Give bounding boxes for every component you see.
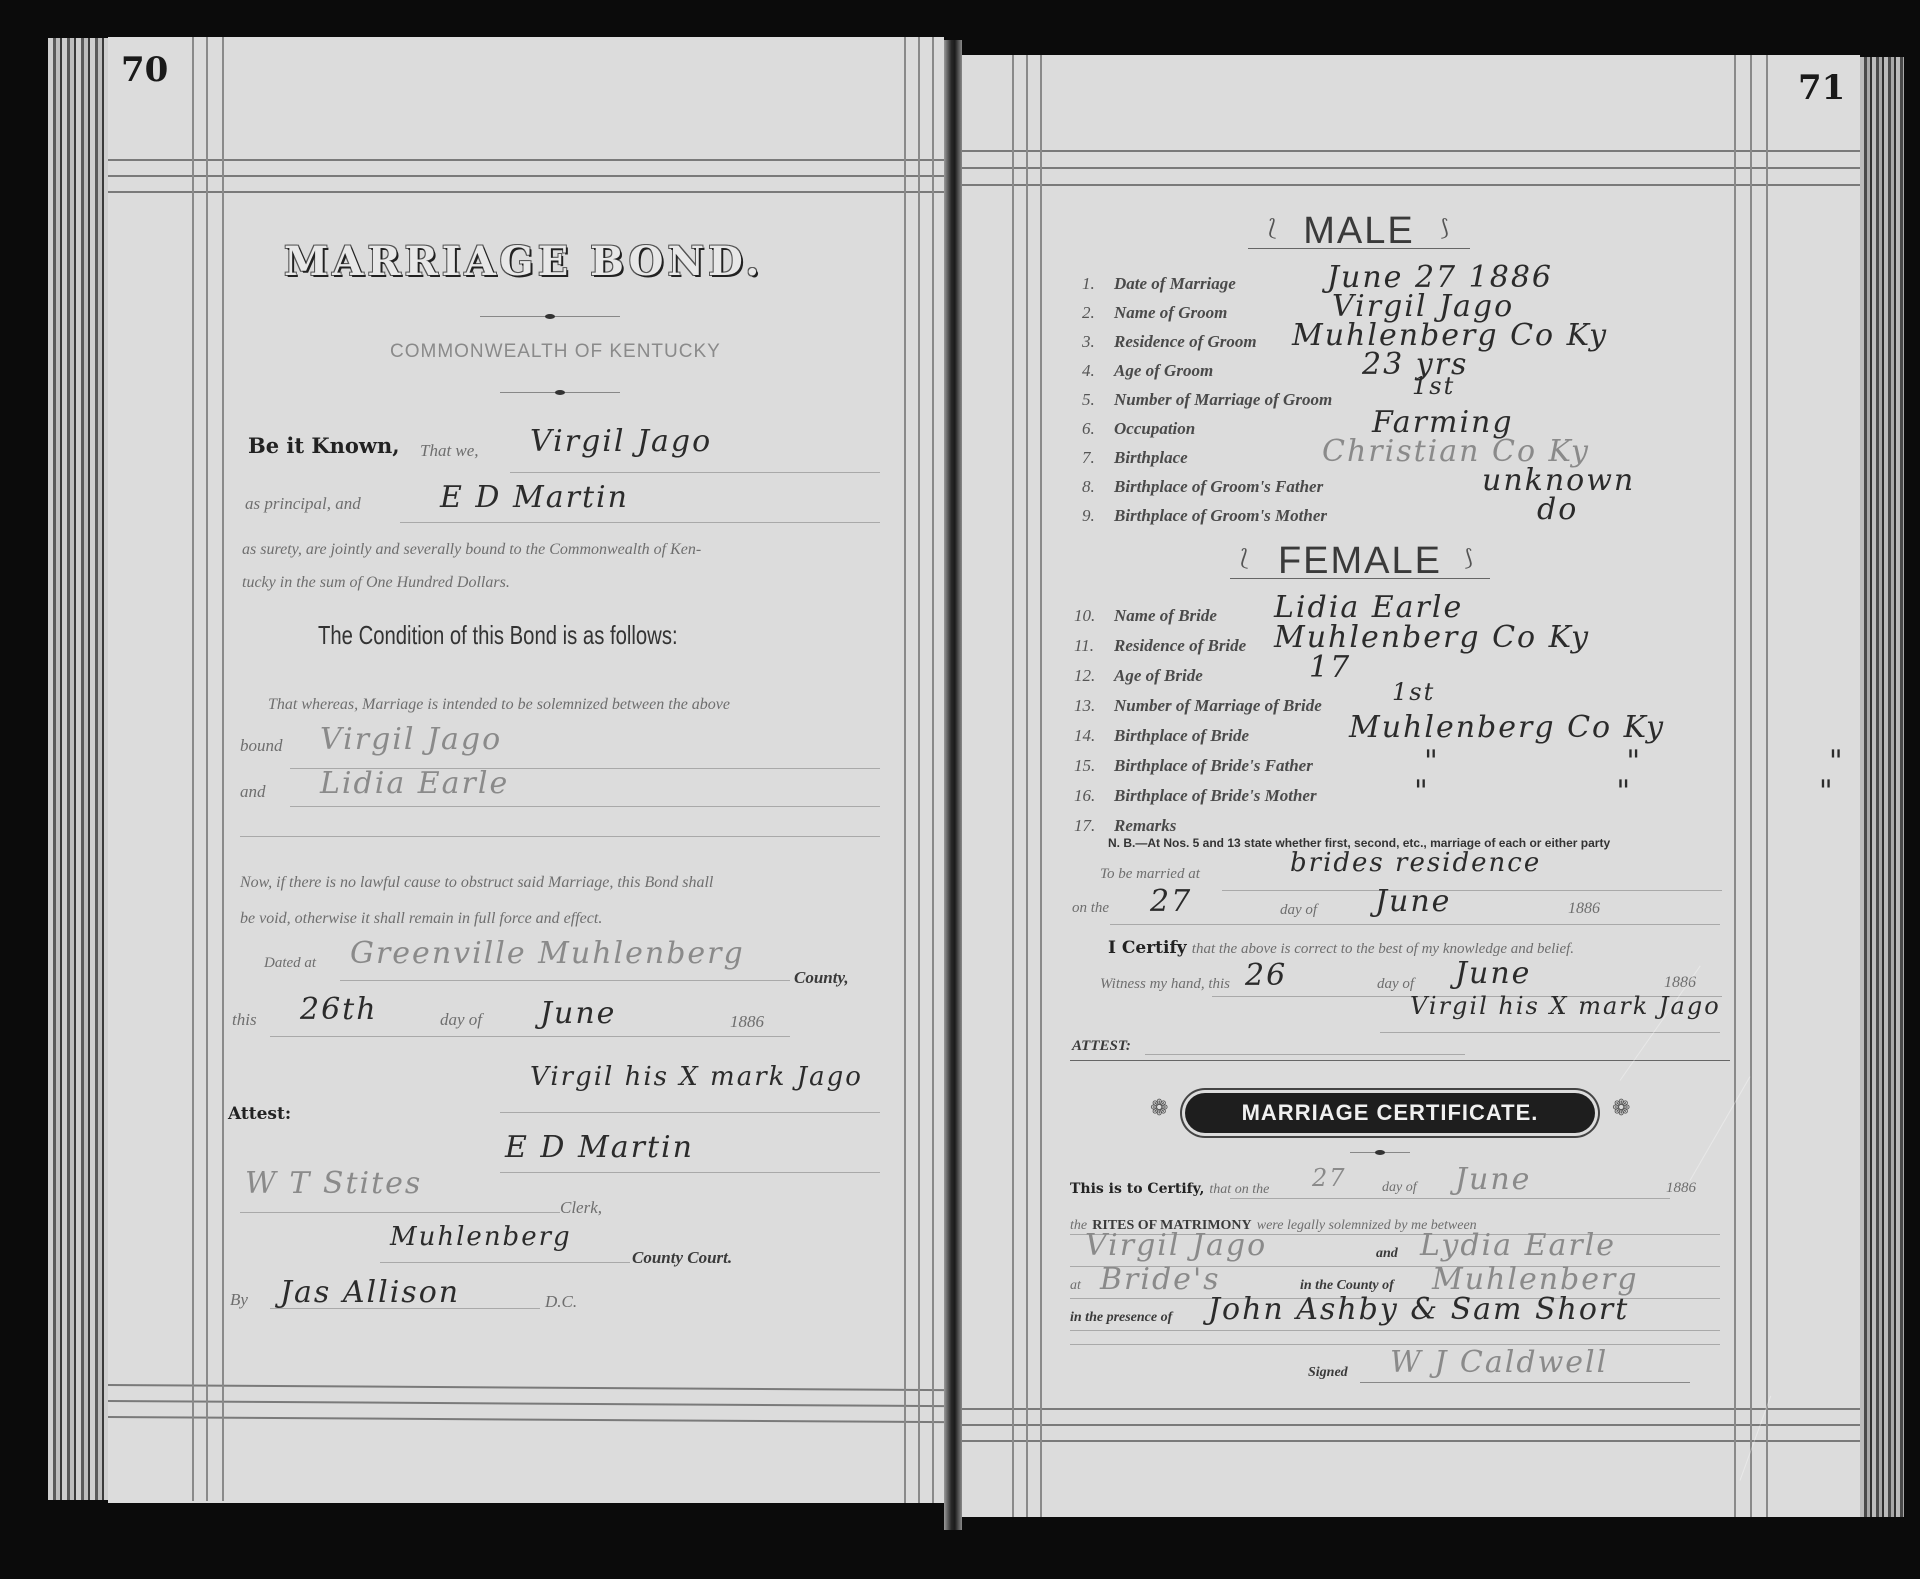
item-number: 15. [1074, 756, 1095, 776]
female-item: 17. Remarks [1074, 810, 1734, 836]
cert-at-label: at [1070, 1278, 1081, 1294]
cert-at-value: Bride's [1100, 1262, 1221, 1297]
day-of-label: day of [1280, 902, 1317, 919]
item-number: 3. [1082, 332, 1095, 352]
day-of-label: day of [440, 1010, 482, 1030]
fill-line [510, 472, 880, 473]
item-number: 9. [1082, 506, 1095, 526]
male-heading-wrap: MALE [1248, 210, 1470, 253]
witness-signature: Virgil his X mark Jago [1410, 992, 1721, 1020]
item-label: Birthplace of Bride [1114, 726, 1249, 746]
cert-that-on: that on the [1209, 1182, 1269, 1197]
fill-line [380, 1262, 630, 1263]
ledger-rule [962, 1408, 1860, 1410]
ledger-rule [918, 37, 920, 1503]
female-heading-wrap: FEMALE [1230, 540, 1490, 583]
item-label: Number of Marriage of Groom [1114, 390, 1332, 410]
item-number: 13. [1074, 696, 1095, 716]
signature-line [1380, 1032, 1720, 1033]
dc-label: D.C. [545, 1292, 577, 1312]
item-label: Birthplace of Bride's Father [1114, 756, 1313, 776]
item-label: Age of Groom [1114, 361, 1213, 381]
fill-line [1145, 1054, 1465, 1055]
flourish-icon: ⟆ [1464, 546, 1473, 571]
cert-year: 1886 [1666, 1180, 1696, 1197]
cert-month: June [1455, 1162, 1531, 1197]
ornament-divider [500, 392, 620, 393]
item-number: 16. [1074, 786, 1095, 806]
that-we-label: That we, [420, 441, 479, 461]
item-label: Birthplace of Groom's Father [1114, 477, 1323, 497]
surety-name: E D Martin [440, 480, 629, 515]
fill-line [290, 806, 880, 807]
dated-at-value: Greenville Muhlenberg [350, 936, 745, 971]
court-label: County Court. [632, 1248, 732, 1268]
ledger-rule [1026, 55, 1028, 1517]
certify-text: that the above is correct to the best of… [1192, 941, 1574, 957]
female-heading: FEMALE [1278, 540, 1442, 582]
this-label: this [232, 1010, 257, 1030]
item-number: 17. [1074, 816, 1095, 836]
book-edge-left [48, 38, 108, 1500]
female-item: 16. Birthplace of Bride's Mother " " " [1074, 780, 1734, 810]
item-label: Number of Marriage of Bride [1114, 696, 1322, 716]
item-label: Birthplace of Groom's Mother [1114, 506, 1327, 526]
item-label: Remarks [1114, 816, 1176, 836]
dated-month-value: June [540, 996, 616, 1031]
ledger-rule [192, 37, 194, 1501]
ledger-rule [962, 184, 1860, 186]
ledger-rule [962, 1424, 1860, 1426]
signed-label: Signed [1308, 1365, 1348, 1381]
ledger-rule [222, 37, 224, 1501]
male-item: 4. Age of Groom 23 yrs [1082, 355, 1722, 384]
presence-label: in the presence of [1070, 1310, 1172, 1326]
void-text-line2: be void, otherwise it shall remain in fu… [240, 910, 602, 928]
item-number: 5. [1082, 390, 1095, 410]
certify-statement: I Certify that the above is correct to t… [1108, 938, 1574, 958]
heading-underline [1248, 248, 1470, 249]
ledger-rule [904, 37, 906, 1503]
fill-line [270, 1036, 790, 1037]
certify-lead: I Certify [1108, 938, 1187, 958]
cert-day: 27 [1312, 1164, 1347, 1192]
ornament-divider [480, 316, 620, 317]
male-item: 9. Birthplace of Groom's Mother do [1082, 500, 1722, 529]
item-number: 14. [1074, 726, 1095, 746]
fill-line [400, 522, 880, 523]
item-label: Name of Bride [1114, 606, 1217, 626]
item-label: Name of Groom [1114, 303, 1227, 323]
item-label: Age of Bride [1114, 666, 1203, 686]
item-number: 1. [1082, 274, 1095, 294]
principal-signature: Virgil his X mark Jago [530, 1062, 863, 1092]
fill-line [1222, 890, 1722, 891]
be-it-known-label: Be it Known, [248, 433, 400, 458]
on-the-month: June [1375, 884, 1451, 919]
clerk-label: Clerk, [560, 1198, 602, 1218]
witness-day: 26 [1245, 958, 1287, 993]
fill-line [340, 980, 790, 981]
witness-label: Witness my hand, this [1100, 976, 1230, 993]
signature-line [1360, 1382, 1690, 1383]
county-label: County, [794, 968, 849, 988]
item-number: 4. [1082, 361, 1095, 381]
ledger-rule [108, 175, 944, 177]
court-county-value: Muhlenberg [390, 1222, 572, 1252]
rosette-icon: ❁ [1150, 1096, 1168, 1121]
clerk-name: W T Stites [245, 1166, 422, 1201]
item-number: 6. [1082, 419, 1095, 439]
dated-at-label: Dated at [264, 955, 316, 972]
item-number: 8. [1082, 477, 1095, 497]
rosette-icon: ❁ [1612, 1096, 1630, 1121]
condition-heading: The Condition of this Bond is as follows… [318, 620, 802, 651]
married-at-label: To be married at [1100, 866, 1200, 883]
ledger-rule [962, 150, 1860, 152]
presence-value: John Ashby & Sam Short [1208, 1292, 1629, 1327]
flourish-icon: ⟅ [1268, 216, 1277, 241]
signature-line [500, 1172, 880, 1173]
ledger-rule [1012, 55, 1014, 1517]
bound-name: Virgil Jago [320, 722, 502, 757]
witness-day-of-label: day of [1377, 976, 1414, 993]
surety-text-line2: tucky in the sum of One Hundred Dollars. [242, 574, 510, 592]
fill-line [1230, 1198, 1670, 1199]
ledger-rule [108, 191, 944, 193]
item-number: 7. [1082, 448, 1095, 468]
item-value: 17 [1309, 650, 1351, 685]
bond-title: MARRIAGE BOND. [284, 238, 763, 285]
certificate-banner: MARRIAGE CERTIFICATE. [1185, 1093, 1595, 1133]
item-number: 11. [1074, 636, 1094, 656]
on-the-day: 27 [1150, 884, 1192, 919]
ornament-divider [1350, 1152, 1410, 1153]
fill-line [270, 1308, 540, 1309]
surety-signature: E D Martin [505, 1130, 694, 1165]
attest-label: Attest: [228, 1104, 291, 1124]
item-label: Residence of Groom [1114, 332, 1257, 352]
ledger-rule [1040, 55, 1042, 1517]
principal-name: Virgil Jago [530, 424, 712, 459]
item-value: 1st [1412, 372, 1455, 400]
and-name: Lidia Earle [320, 766, 509, 801]
male-item: 8. Birthplace of Groom's Father unknown [1082, 471, 1722, 500]
on-the-label: on the [1072, 900, 1109, 917]
item-label: Occupation [1114, 419, 1195, 439]
page-number-right: 71 [1798, 68, 1845, 108]
item-number: 12. [1074, 666, 1095, 686]
cert-day-of-label: day of [1382, 1180, 1417, 1196]
page-number-left: 70 [121, 50, 168, 90]
dated-day-value: 26th [300, 992, 378, 1027]
as-principal-label: as principal, and [245, 494, 361, 514]
whereas-text: That whereas, Marriage is intended to be… [268, 696, 730, 714]
signature-line [500, 1112, 880, 1113]
witness-month: June [1455, 956, 1531, 991]
void-text-line1: Now, if there is no lawful cause to obst… [240, 874, 713, 892]
attest-label-right: ATTEST: [1072, 1038, 1131, 1055]
book-spine [944, 40, 962, 1530]
bound-label: bound [240, 736, 283, 756]
by-label: By [230, 1290, 248, 1310]
commonwealth-subtitle: COMMONWEALTH OF KENTUCKY [390, 341, 721, 363]
item-value: " " " [1414, 774, 1873, 809]
cert-line-date: This is to Certify, that on the [1070, 1178, 1269, 1198]
ledger-rule [932, 37, 934, 1503]
dated-year-value: 1886 [730, 1012, 764, 1032]
deputy-name: Jas Allison [280, 1275, 460, 1310]
fill-line [1070, 1330, 1720, 1331]
flourish-icon: ⟆ [1440, 216, 1449, 241]
flourish-icon: ⟅ [1240, 546, 1249, 571]
item-label: Residence of Bride [1114, 636, 1246, 656]
heading-underline [1230, 578, 1490, 579]
fill-line [1110, 924, 1720, 925]
item-value: 1st [1392, 678, 1435, 706]
married-at-value: brides residence [1290, 848, 1541, 878]
cert-lead: This is to Certify, [1070, 1181, 1204, 1197]
item-number: 10. [1074, 606, 1095, 626]
surety-text-line1: as surety, are jointly and severally bou… [242, 541, 701, 559]
female-item: 11. Residence of Bride Muhlenberg Co Ky [1074, 630, 1734, 660]
fill-line [240, 1212, 560, 1213]
item-label: Date of Marriage [1114, 274, 1236, 294]
signed-value: W J Caldwell [1390, 1345, 1608, 1380]
item-label: Birthplace [1114, 448, 1188, 468]
item-value: Muhlenberg Co Ky [1349, 710, 1665, 745]
fill-line [240, 836, 880, 837]
ledger-rule [206, 37, 208, 1501]
ledger-rule [108, 159, 944, 161]
cert-groom: Virgil Jago [1085, 1228, 1267, 1263]
item-value: do [1537, 492, 1578, 527]
female-items: 10. Name of Bride Lidia Earle 11. Reside… [1074, 600, 1734, 836]
male-items: 1. Date of Marriage June 27 1886 2. Name… [1082, 268, 1722, 529]
ledger-rule [962, 1440, 1860, 1442]
ledger-rule [962, 167, 1860, 169]
cert-and-label: and [1376, 1246, 1398, 1262]
male-heading: MALE [1303, 210, 1414, 252]
section-divider [1070, 1060, 1730, 1061]
cert-bride: Lydia Earle [1420, 1228, 1616, 1263]
item-number: 2. [1082, 303, 1095, 323]
and-label: and [240, 782, 266, 802]
item-label: Birthplace of Bride's Mother [1114, 786, 1317, 806]
on-the-year: 1886 [1568, 900, 1600, 918]
